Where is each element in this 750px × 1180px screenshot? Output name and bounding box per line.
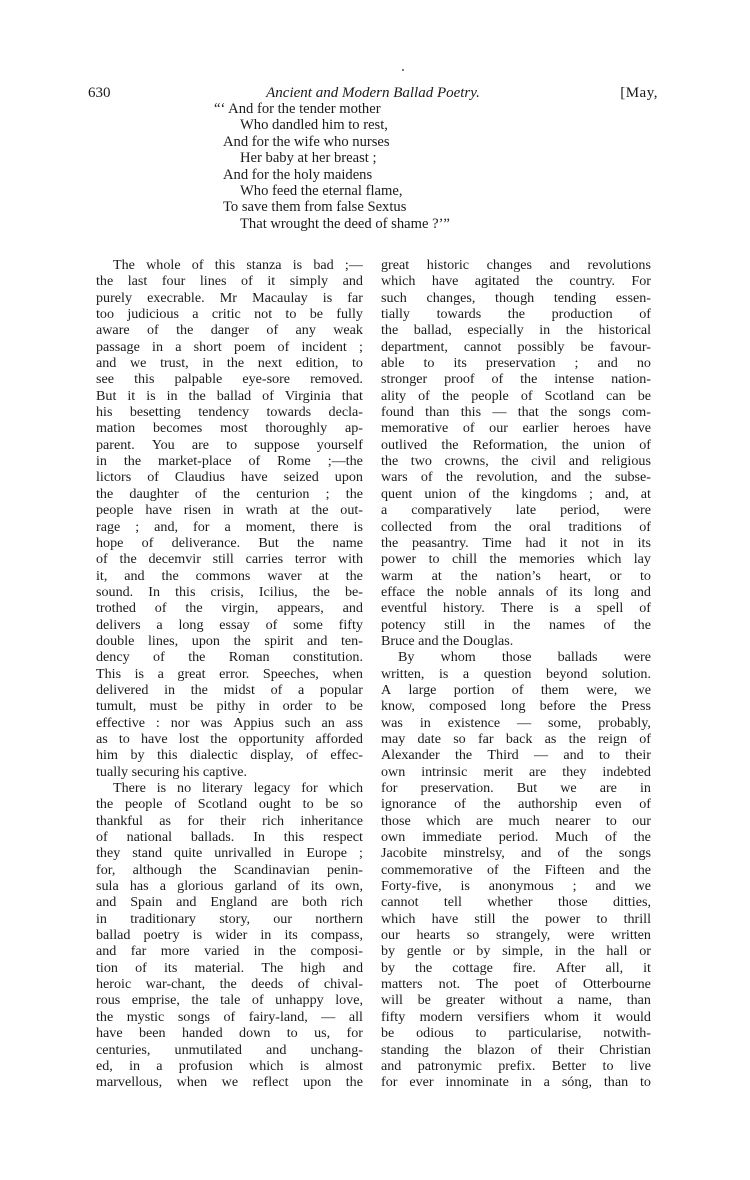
text-line: rage;and,foramoment,thereis: [96, 519, 363, 535]
text-line: for,althoughtheScandinavianpenin-: [96, 862, 363, 878]
text-line: trothedofthevirgin,appears,and: [96, 600, 363, 616]
text-line: beodioustoparticularise,notwith-: [381, 1025, 651, 1041]
poem-line: Who feed the eternal flame,: [223, 183, 563, 199]
text-line: purelyexecrable.MrMacaulayisfar: [96, 290, 363, 306]
text-line: rousemprise,thetaleofunhappylove,: [96, 992, 363, 1008]
text-line: ButitisintheballadofVirginiathat: [96, 388, 363, 404]
text-line: andwetrust,inthenextedition,to: [96, 355, 363, 371]
text-line: tumult,mustbepithyinordertobe: [96, 698, 363, 714]
text-line: lictorsofClaudiushaveseizedupon: [96, 469, 363, 485]
text-line: know,composedlongbeforethePress: [381, 698, 651, 714]
text-line: himbythisdialecticdisplay,ofeffec-: [96, 747, 363, 763]
text-line: whichhaveagitatedthecountry.For: [381, 273, 651, 289]
text-line: andpatronymicprefix.Bettertolive: [381, 1058, 651, 1074]
text-line: standingtheblazonoftheirChristian: [381, 1042, 651, 1058]
text-line: hopeofdeliverance.Butthename: [96, 535, 363, 551]
poem-line: And for the holy maidens: [223, 167, 563, 183]
text-line: bythecottagefire.Afterall,it: [381, 960, 651, 976]
text-line: maydatesofarbackasthereignof: [381, 731, 651, 747]
issue-month: [May,: [620, 83, 658, 103]
text-line: thankfulasfortheirrichinheritance: [96, 813, 363, 829]
text-line: ed,inaprofusionwhichisalmost: [96, 1058, 363, 1074]
running-head: 630 Ancient and Modern Ballad Poetry. [M…: [88, 83, 658, 103]
text-line: forpreservation.Butwearein: [381, 780, 651, 796]
text-line: theystandquiteunrivalledinEurope;: [96, 845, 363, 861]
text-line: department,cannotpossiblybefavour-: [381, 339, 651, 355]
text-line: whichhavestillthepowertothrill: [381, 911, 651, 927]
poem-line: “‘ And for the tender mother: [214, 101, 563, 117]
left-column: Thewholeofthisstanzaisbad;—thelastfourli…: [96, 257, 363, 1091]
text-line: inthemarket-placeofRome;—the: [96, 453, 363, 469]
text-line: ownimmediateperiod.Muchofthe: [381, 829, 651, 845]
text-line: fiftymodernversifierswhomitwould: [381, 1009, 651, 1025]
text-line: Thereisnoliterarylegacyforwhich: [96, 780, 363, 796]
text-line: effacethenobleannalsofitslongand: [381, 584, 651, 600]
text-line: Bywhomthoseballadswere: [381, 649, 651, 665]
text-line: doublelines,uponthespiritandten-: [96, 633, 363, 649]
text-line: andSpainandEnglandarebothrich: [96, 894, 363, 910]
text-line: commemorativeoftheFifteenandthe: [381, 862, 651, 878]
text-line: Bruce and the Douglas.: [381, 633, 651, 649]
text-line: theballad,especiallyinthehistorical: [381, 322, 651, 338]
text-line: intraditionarystory,ournorthern: [96, 911, 363, 927]
text-line: tually securing his captive.: [96, 764, 363, 780]
poem-line: Her baby at her breast ;: [223, 150, 563, 166]
text-line: tiallytowardstheproductionof: [381, 306, 651, 322]
text-line: heroicwar-chant,thedeedsofchival-: [96, 976, 363, 992]
text-line: ownintrinsicmeritaretheyindebted: [381, 764, 651, 780]
text-line: eventfulhistory.Thereisaspellof: [381, 600, 651, 616]
text-line: mationbecomesmostthoroughlyap-: [96, 420, 363, 436]
text-line: alityofthepeopleofScotlandcanbe: [381, 388, 651, 404]
text-line: ofnationalballads.Inthisrespect: [96, 829, 363, 845]
text-line: acomparativelylateperiod,were: [381, 502, 651, 518]
text-line: warsoftherevolution,andthesubse-: [381, 469, 651, 485]
text-line: greathistoricchangesandrevolutions: [381, 257, 651, 273]
text-line: strongerproofoftheintensenation-: [381, 371, 651, 387]
print-speck: [402, 69, 404, 71]
text-line: sulahasagloriousgarlandofitsown,: [96, 878, 363, 894]
text-line: outlivedtheReformation,theunionof: [381, 437, 651, 453]
text-line: willbegreaterwithoutaname,than: [381, 992, 651, 1008]
text-line: deliversalongessayofsomefifty: [96, 617, 363, 633]
text-line: parent.Youaretosupposeyourself: [96, 437, 363, 453]
text-line: mattersnot.ThepoetofOtterbourne: [381, 976, 651, 992]
poem-line: To save them from false Sextus: [223, 199, 563, 215]
text-line: passageinashortpoemofincident;: [96, 339, 363, 355]
text-line: potencystillinthenamesofthe: [381, 617, 651, 633]
poem-line: And for the wife who nurses: [223, 134, 563, 150]
text-line: thepeasantry.Timehaditnotinits: [381, 535, 651, 551]
text-line: toojudiciousacriticnottobefully: [96, 306, 363, 322]
text-line: thosewhicharemuchnearertoour: [381, 813, 651, 829]
text-line: foreverinnominateinasóng,thanto: [381, 1074, 651, 1090]
text-line: suchchanges,thoughtendingessen-: [381, 290, 651, 306]
text-line: thelastfourlinesofitsimplyand: [96, 273, 363, 289]
text-line: cannottellwhetherthoseditties,: [381, 894, 651, 910]
text-line: marvellous,whenwereflectuponthe: [96, 1074, 363, 1090]
text-line: sound.Inthiscrisis,Icilius,thebe-: [96, 584, 363, 600]
text-line: effective:norwasAppiussuchanass: [96, 715, 363, 731]
text-line: hisbesettingtendencytowardsdecla-: [96, 404, 363, 420]
text-line: deliveredinthemidstofapopular: [96, 682, 363, 698]
text-line: collectedfromtheoraltraditionsof: [381, 519, 651, 535]
text-line: bygentleorbysimple,inthehallor: [381, 943, 651, 959]
text-line: ourheartssostrangely,werewritten: [381, 927, 651, 943]
text-line: quentunionofthekingdoms;and,at: [381, 486, 651, 502]
text-line: Forty-five,isanonymous;andwe: [381, 878, 651, 894]
text-line: ignoranceoftheauthorshipevenof: [381, 796, 651, 812]
text-line: thedaughterofthecenturion;the: [96, 486, 363, 502]
text-line: centuries,unmutilatedandunchang-: [96, 1042, 363, 1058]
text-line: Thewholeofthisstanzaisbad;—: [96, 257, 363, 273]
text-line: Alargeportionofthemwere,we: [381, 682, 651, 698]
text-line: thepeopleofScotlandoughttobeso: [96, 796, 363, 812]
text-line: seethispalpableeye-soreremoved.: [96, 371, 363, 387]
text-line: havebeenhandeddowntous,for: [96, 1025, 363, 1041]
text-line: Thisisagreaterror.Speeches,when: [96, 666, 363, 682]
text-line: astohavelosttheopportunityafforded: [96, 731, 363, 747]
text-line: memorativeofourearlierheroeshave: [381, 420, 651, 436]
poem-line: That wrought the deed of shame ?’”: [223, 216, 563, 232]
text-line: abletoitspreservation;andno: [381, 355, 651, 371]
text-line: peoplehaveriseninwrathattheout-: [96, 502, 363, 518]
text-line: written,isaquestionbeyondsolution.: [381, 666, 651, 682]
text-line: andfarmorevariedinthecomposi-: [96, 943, 363, 959]
poem-quotation: “‘ And for the tender mother Who dandled…: [223, 101, 563, 232]
text-line: it,andthecommonswaveratthe: [96, 568, 363, 584]
article-title: Ancient and Modern Ballad Poetry.: [88, 83, 658, 103]
text-line: Jacobiteminstrelsy,andofthesongs: [381, 845, 651, 861]
text-line: themysticsongsoffairy-land,—all: [96, 1009, 363, 1025]
text-line: awareofthedangerofanyweak: [96, 322, 363, 338]
text-line: ofthedecemvirstillcarriesterrorwith: [96, 551, 363, 567]
text-line: powertochillthememorieswhichlay: [381, 551, 651, 567]
text-line: wasinexistence—some,probably,: [381, 715, 651, 731]
text-line: tionofitsmaterial.Thehighand: [96, 960, 363, 976]
text-line: foundthanthis—thatthesongscom-: [381, 404, 651, 420]
text-line: balladpoetryiswiderinitscompass,: [96, 927, 363, 943]
text-line: warmatthenation’sheart,orto: [381, 568, 651, 584]
right-column: greathistoricchangesandrevolutionswhichh…: [381, 257, 651, 1091]
text-line: thetwocrowns,thecivilandreligious: [381, 453, 651, 469]
text-line: dencyoftheRomanconstitution.: [96, 649, 363, 665]
poem-line: Who dandled him to rest,: [223, 117, 563, 133]
text-line: AlexandertheThird—andtotheir: [381, 747, 651, 763]
